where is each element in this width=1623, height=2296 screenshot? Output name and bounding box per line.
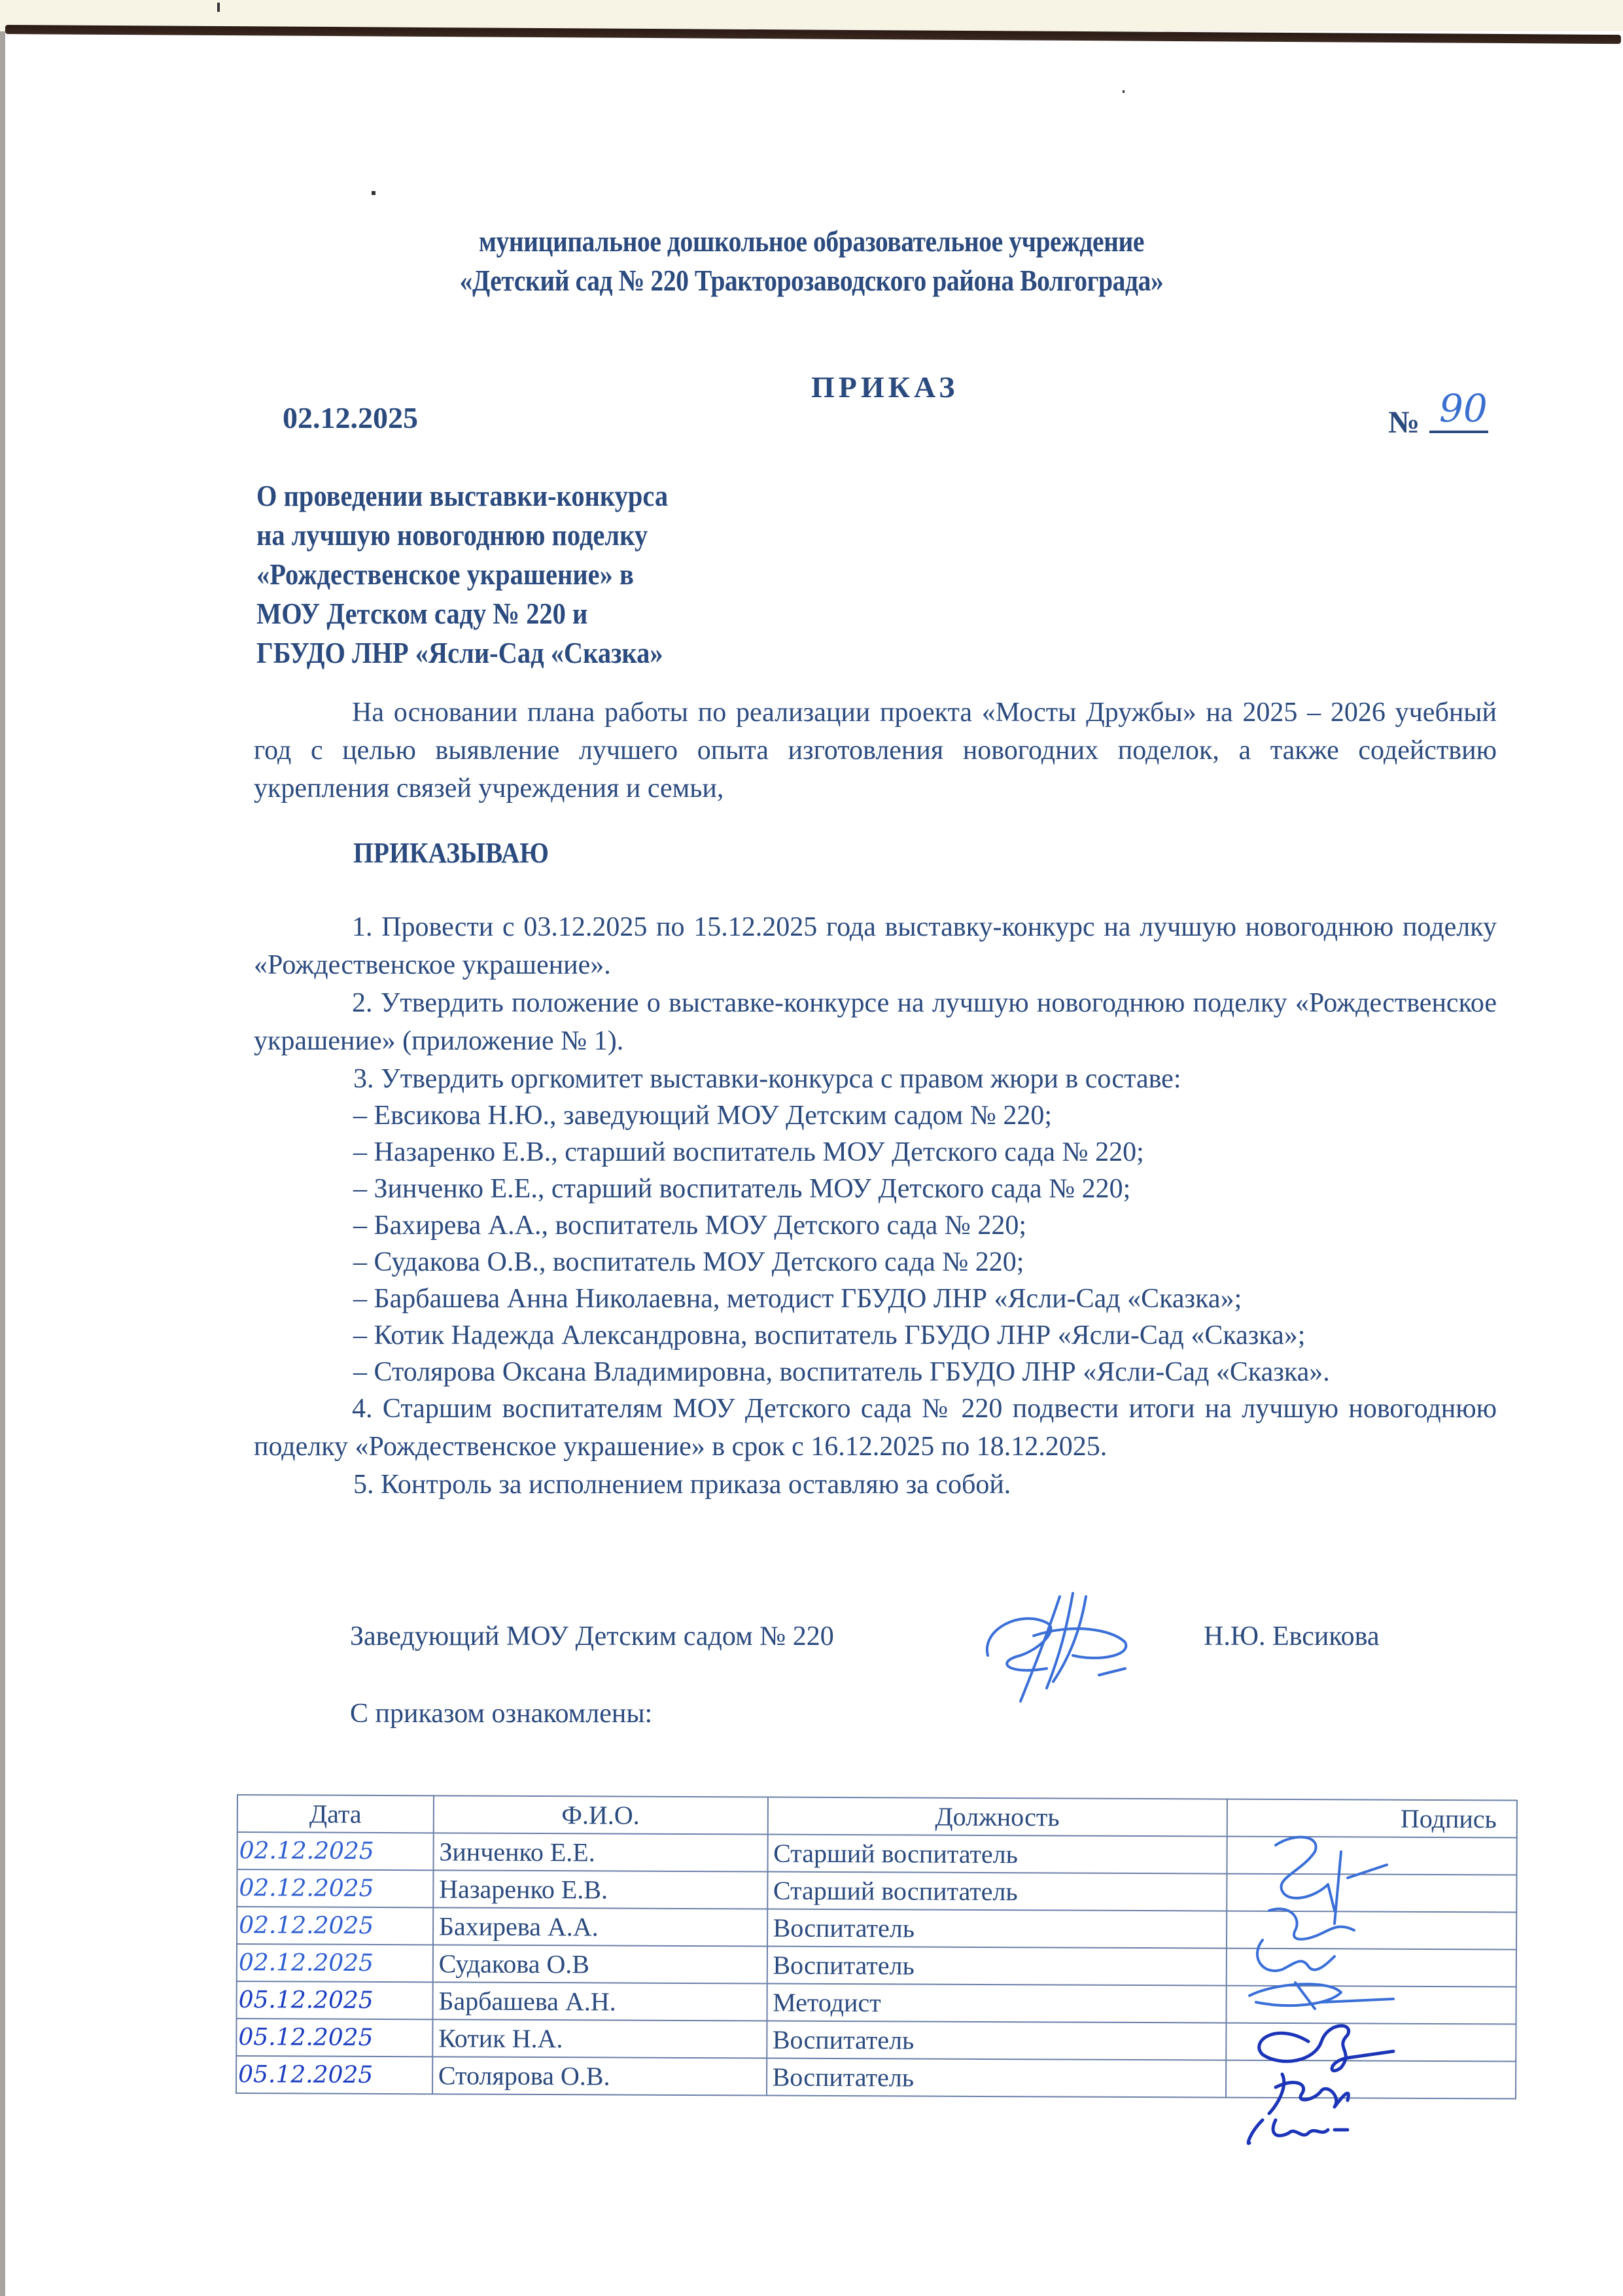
- staff-signatures-icon: [1236, 1826, 1511, 2146]
- position-cell: Воспитатель: [767, 2058, 1227, 2098]
- order-number-handwritten: 90: [1439, 386, 1488, 431]
- subject-line: МОУ Детском саду № 220 и: [256, 594, 587, 633]
- date-cell: 05.12.2025: [236, 2019, 432, 2057]
- name-cell: Котик Н.А.: [432, 2019, 767, 2058]
- name-cell: Назаренко Е.В.: [433, 1870, 767, 1909]
- organization-name-line1: муниципальное дошкольное образовательное…: [114, 224, 1510, 258]
- committee-member: – Барбашева Анна Николаевна, методист ГБ…: [353, 1280, 1242, 1318]
- date-cell: 02.12.2025: [237, 1832, 433, 1870]
- subject-line: на лучшую новогоднюю поделку: [256, 516, 648, 555]
- document-title: ПРИКАЗ: [811, 370, 958, 404]
- scan-speck: [1123, 90, 1125, 93]
- order-item-1-text: 1. Провести с 03.12.2025 по 15.12.2025 г…: [254, 912, 1497, 980]
- committee-member: – Судакова О.В., воспитатель МОУ Детског…: [353, 1243, 1024, 1281]
- name-cell: Барбашева А.Н.: [432, 1982, 767, 2021]
- position-cell: Воспитатель: [767, 1947, 1227, 1986]
- signatory-name: Н.Ю. Евсикова: [1204, 1617, 1380, 1655]
- order-number-label: №: [1388, 404, 1420, 440]
- name-cell: Судакова О.В: [433, 1945, 767, 1983]
- order-item-5: 5. Контроль за исполнением приказа остав…: [353, 1466, 1011, 1504]
- order-item-3: 3. Утвердить оргкомитет выставки-конкурс…: [353, 1060, 1181, 1098]
- committee-member: – Зинченко Е.Е., старший воспитатель МОУ…: [353, 1170, 1130, 1208]
- order-item-2: 2. Утвердить положение о выставке-конкур…: [254, 984, 1497, 1060]
- head-signature-icon: [968, 1583, 1191, 1708]
- position-cell: Воспитатель: [767, 2021, 1227, 2060]
- signatory-position: Заведующий МОУ Детским садом № 220: [350, 1617, 834, 1655]
- name-cell: Зинченко Е.Е.: [433, 1833, 767, 1871]
- committee-member: – Столярова Оксана Владимировна, воспита…: [353, 1353, 1330, 1391]
- scan-speck: [217, 3, 220, 12]
- date-cell: 05.12.2025: [236, 2056, 432, 2094]
- directive-heading: ПРИКАЗЫВАЮ: [353, 836, 549, 870]
- position-cell: Старший воспитатель: [767, 1835, 1227, 1874]
- position-cell: Методист: [767, 1984, 1227, 2023]
- subject-line: «Рождественское украшение» в: [256, 555, 634, 594]
- scan-speck: [372, 191, 375, 195]
- column-header-date: Дата: [237, 1795, 434, 1833]
- order-item-4-text: 4. Старшим воспитателям МОУ Детского сад…: [254, 1394, 1497, 1462]
- date-cell: 05.12.2025: [237, 1981, 433, 2019]
- committee-member: – Бахирева А.А., воспитатель МОУ Детског…: [353, 1207, 1026, 1245]
- subject-line: О проведении выставки-конкурса: [256, 476, 668, 516]
- column-header-name: Ф.И.О.: [434, 1795, 768, 1834]
- position-cell: Воспитатель: [767, 1909, 1227, 1949]
- name-cell: Бахирева А.А.: [433, 1907, 767, 1946]
- preamble-paragraph: На основании плана работы по реализации …: [254, 694, 1497, 807]
- page-left-edge: [0, 31, 5, 2296]
- acknowledgement-label: С приказом ознакомлены:: [350, 1695, 652, 1733]
- column-header-position: Должность: [767, 1797, 1227, 1837]
- date-cell: 02.12.2025: [237, 1944, 433, 1982]
- date-cell: 02.12.2025: [237, 1907, 433, 1945]
- name-cell: Столярова О.В.: [432, 2057, 767, 2095]
- organization-name-line2: «Детский сад № 220 Тракторозаводского ра…: [114, 263, 1510, 298]
- order-item-2-text: 2. Утвердить положение о выставке-конкур…: [254, 988, 1497, 1056]
- preamble-text: На основании плана работы по реализации …: [254, 698, 1497, 804]
- order-number-underline: [1429, 431, 1488, 433]
- order-item-1: 1. Провести с 03.12.2025 по 15.12.2025 г…: [254, 908, 1497, 984]
- committee-member: – Евсикова Н.Ю., заведующий МОУ Детским …: [353, 1097, 1052, 1135]
- order-date: 02.12.2025: [283, 400, 418, 435]
- committee-member: – Котик Надежда Александровна, воспитате…: [353, 1316, 1305, 1354]
- position-cell: Старший воспитатель: [767, 1872, 1227, 1911]
- committee-member: – Назаренко Е.В., старший воспитатель МО…: [353, 1133, 1144, 1171]
- order-item-4: 4. Старшим воспитателям МОУ Детского сад…: [254, 1390, 1497, 1466]
- date-cell: 02.12.2025: [237, 1869, 433, 1907]
- subject-line: ГБУДО ЛНР «Ясли-Сад «Сказка»: [256, 633, 663, 673]
